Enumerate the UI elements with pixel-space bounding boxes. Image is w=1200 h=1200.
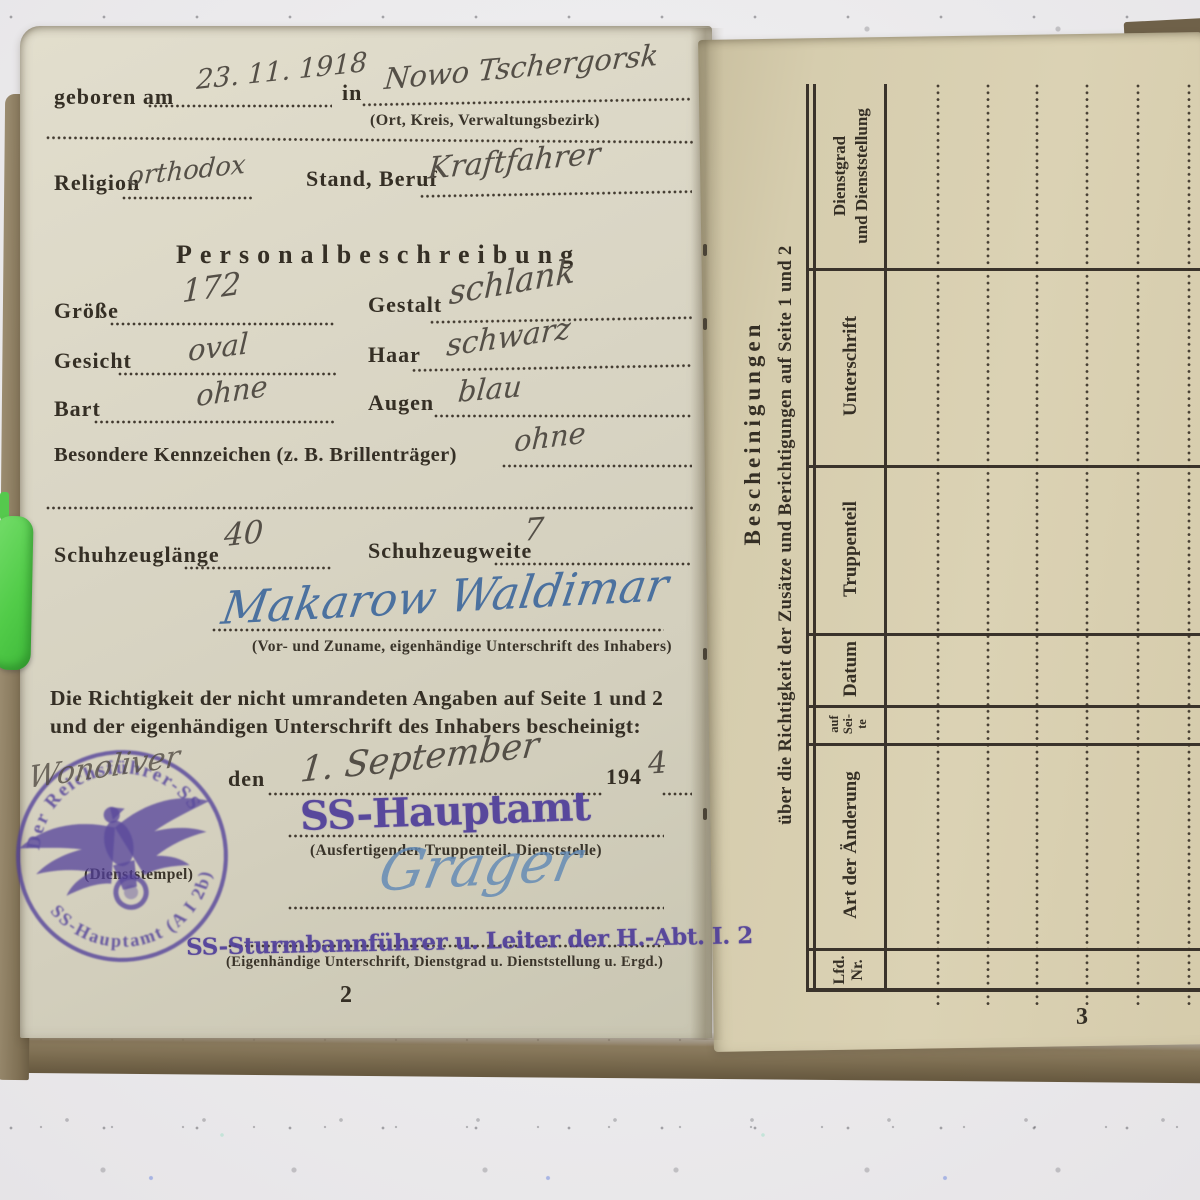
- entry-dotted-line: [1187, 84, 1191, 1006]
- entry-dotted-line: [1136, 84, 1140, 1006]
- table-header-line: [884, 84, 887, 992]
- page-number-right: 3: [1076, 1004, 1088, 1031]
- page-number-left: 2: [340, 982, 352, 1009]
- dotted-line: [46, 506, 694, 510]
- dotted-line: [94, 420, 336, 424]
- certify-line1: Die Richtigkeit der nicht umrandeten Ang…: [50, 686, 663, 711]
- spine-stitch: [703, 244, 707, 256]
- den-label: den: [228, 766, 265, 792]
- dotted-line: [502, 464, 692, 468]
- green-bookmark-tab: [0, 516, 34, 671]
- column-header-auf-seite: auf Sei- te: [821, 706, 877, 742]
- column-header-datum: Datum: [831, 635, 871, 703]
- bart-label: Bart: [54, 396, 101, 422]
- entry-dotted-line: [936, 84, 940, 1006]
- entry-dotted-line: [1035, 84, 1039, 1006]
- column-header-art-der-aenderung: Art der Änderung: [831, 745, 871, 945]
- entry-dotted-line: [1085, 84, 1089, 1006]
- schuhlaenge-label: Schuhzeuglänge: [54, 542, 220, 568]
- groesse-label: Größe: [54, 298, 119, 324]
- column-header-lfd-nr: Lfd. Nr.: [823, 949, 875, 991]
- dotted-line: [662, 792, 692, 796]
- entry-dotted-line: [986, 84, 990, 1006]
- dotted-line: [110, 322, 336, 326]
- kennzeichen-label: Besondere Kennzeichen (z. B. Brillenträg…: [54, 444, 457, 467]
- schuhweite-label: Schuhzeugweite: [368, 538, 532, 564]
- augen-label: Augen: [368, 390, 434, 416]
- spine-stitch: [703, 808, 707, 820]
- dotted-line: [148, 104, 332, 108]
- official-signature: Grager: [374, 828, 587, 904]
- gestalt-label: Gestalt: [368, 292, 442, 318]
- year-printed: 194: [606, 764, 642, 790]
- dotted-line: [122, 196, 252, 200]
- column-header-dienstgrad: Dienstgrad und Dienststellung: [821, 86, 881, 266]
- born-label: geboren am: [54, 84, 174, 110]
- bescheinigungen-title: Bescheinigungen: [731, 303, 775, 563]
- year-written: 4: [647, 745, 668, 781]
- table-border-line: [806, 84, 809, 992]
- column-header-unterschrift: Unterschrift: [831, 271, 871, 461]
- schuhweite-value: 7: [523, 511, 545, 549]
- born-in-label: in: [342, 80, 362, 106]
- schuhlaenge-value: 40: [223, 514, 264, 554]
- column-header-truppenteil: Truppenteil: [831, 467, 871, 631]
- table-border-line: [813, 84, 816, 992]
- holder-signature-caption: (Vor- und Zuname, eigenhändige Unterschr…: [252, 638, 672, 656]
- spine-stitch: [703, 318, 707, 330]
- gesicht-label: Gesicht: [54, 348, 132, 374]
- bescheinigungen-subtitle: über die Richtigkeit der Zusätze und Ber…: [771, 177, 801, 893]
- haar-label: Haar: [368, 342, 421, 368]
- photographed-id-booklet: geboren am 23. 11. 1918 in Nowo Tschergo…: [0, 0, 1200, 1200]
- spine-stitch: [703, 648, 707, 660]
- spine-fold: [690, 28, 724, 1040]
- beruf-label: Stand, Beruf: [306, 166, 438, 192]
- dotted-line: [288, 906, 664, 910]
- born-place-caption: (Ort, Kreis, Verwaltungsbezirk): [370, 112, 600, 130]
- augen-value: blau: [457, 369, 524, 409]
